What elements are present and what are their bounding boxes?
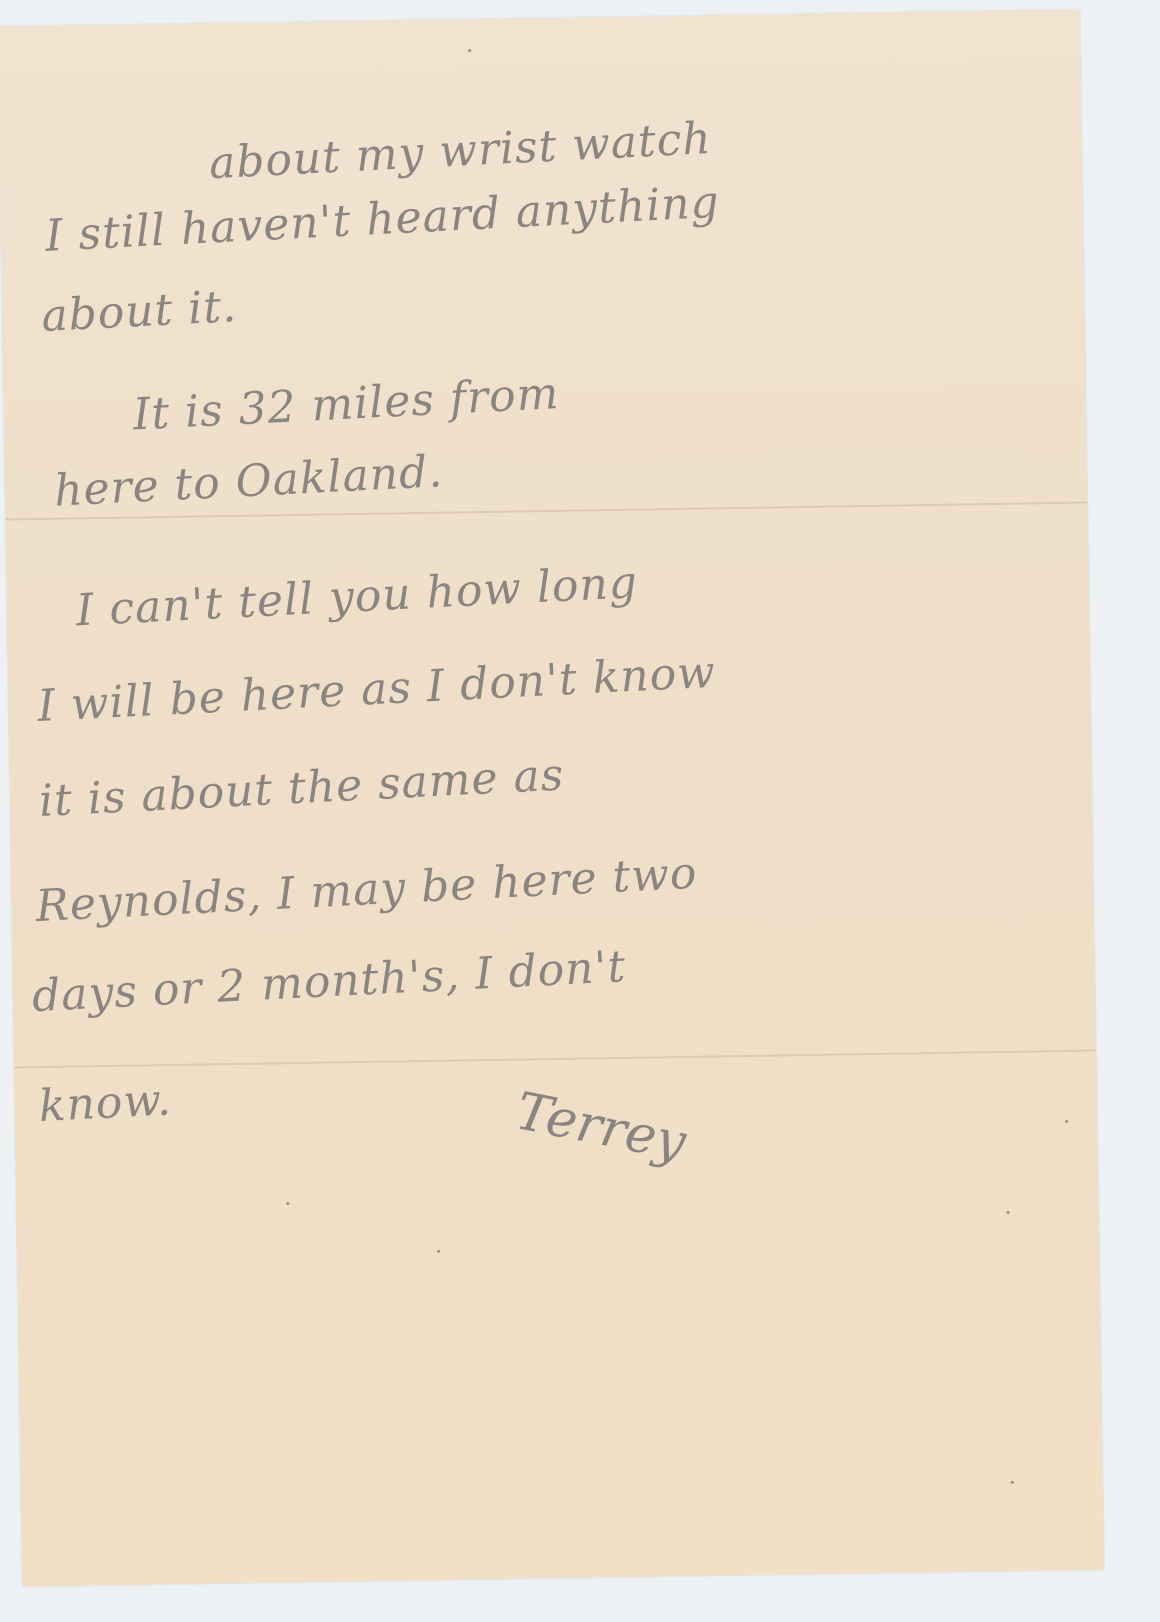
fold-crease bbox=[14, 1049, 1096, 1068]
letter-line: it is about the same as bbox=[38, 749, 566, 827]
paper-speck bbox=[286, 1202, 289, 1205]
letter-page: about my wrist watch I still haven't hea… bbox=[0, 10, 1104, 1587]
letter-line: I still haven't heard anything bbox=[44, 177, 721, 262]
letter-line: about it. bbox=[40, 281, 238, 342]
paper-speck bbox=[437, 1250, 440, 1253]
paper-speck bbox=[468, 49, 471, 52]
letter-line: Reynolds, I may be here two bbox=[34, 848, 698, 932]
letter-line: know. bbox=[38, 1074, 173, 1132]
letter-line: here to Oakland. bbox=[53, 446, 444, 517]
signature: Terrey bbox=[511, 1081, 691, 1173]
paper-speck bbox=[1011, 1481, 1014, 1484]
paper-speck bbox=[1007, 1211, 1010, 1214]
paper-speck bbox=[1065, 1120, 1068, 1123]
letter-line: I will be here as I don't know bbox=[36, 647, 717, 732]
letter-line: about my wrist watch bbox=[208, 113, 713, 189]
letter-line: It is 32 miles from bbox=[132, 368, 561, 441]
letter-line: I can't tell you how long bbox=[75, 557, 639, 636]
letter-line: days or 2 month's, I don't bbox=[31, 941, 627, 1022]
